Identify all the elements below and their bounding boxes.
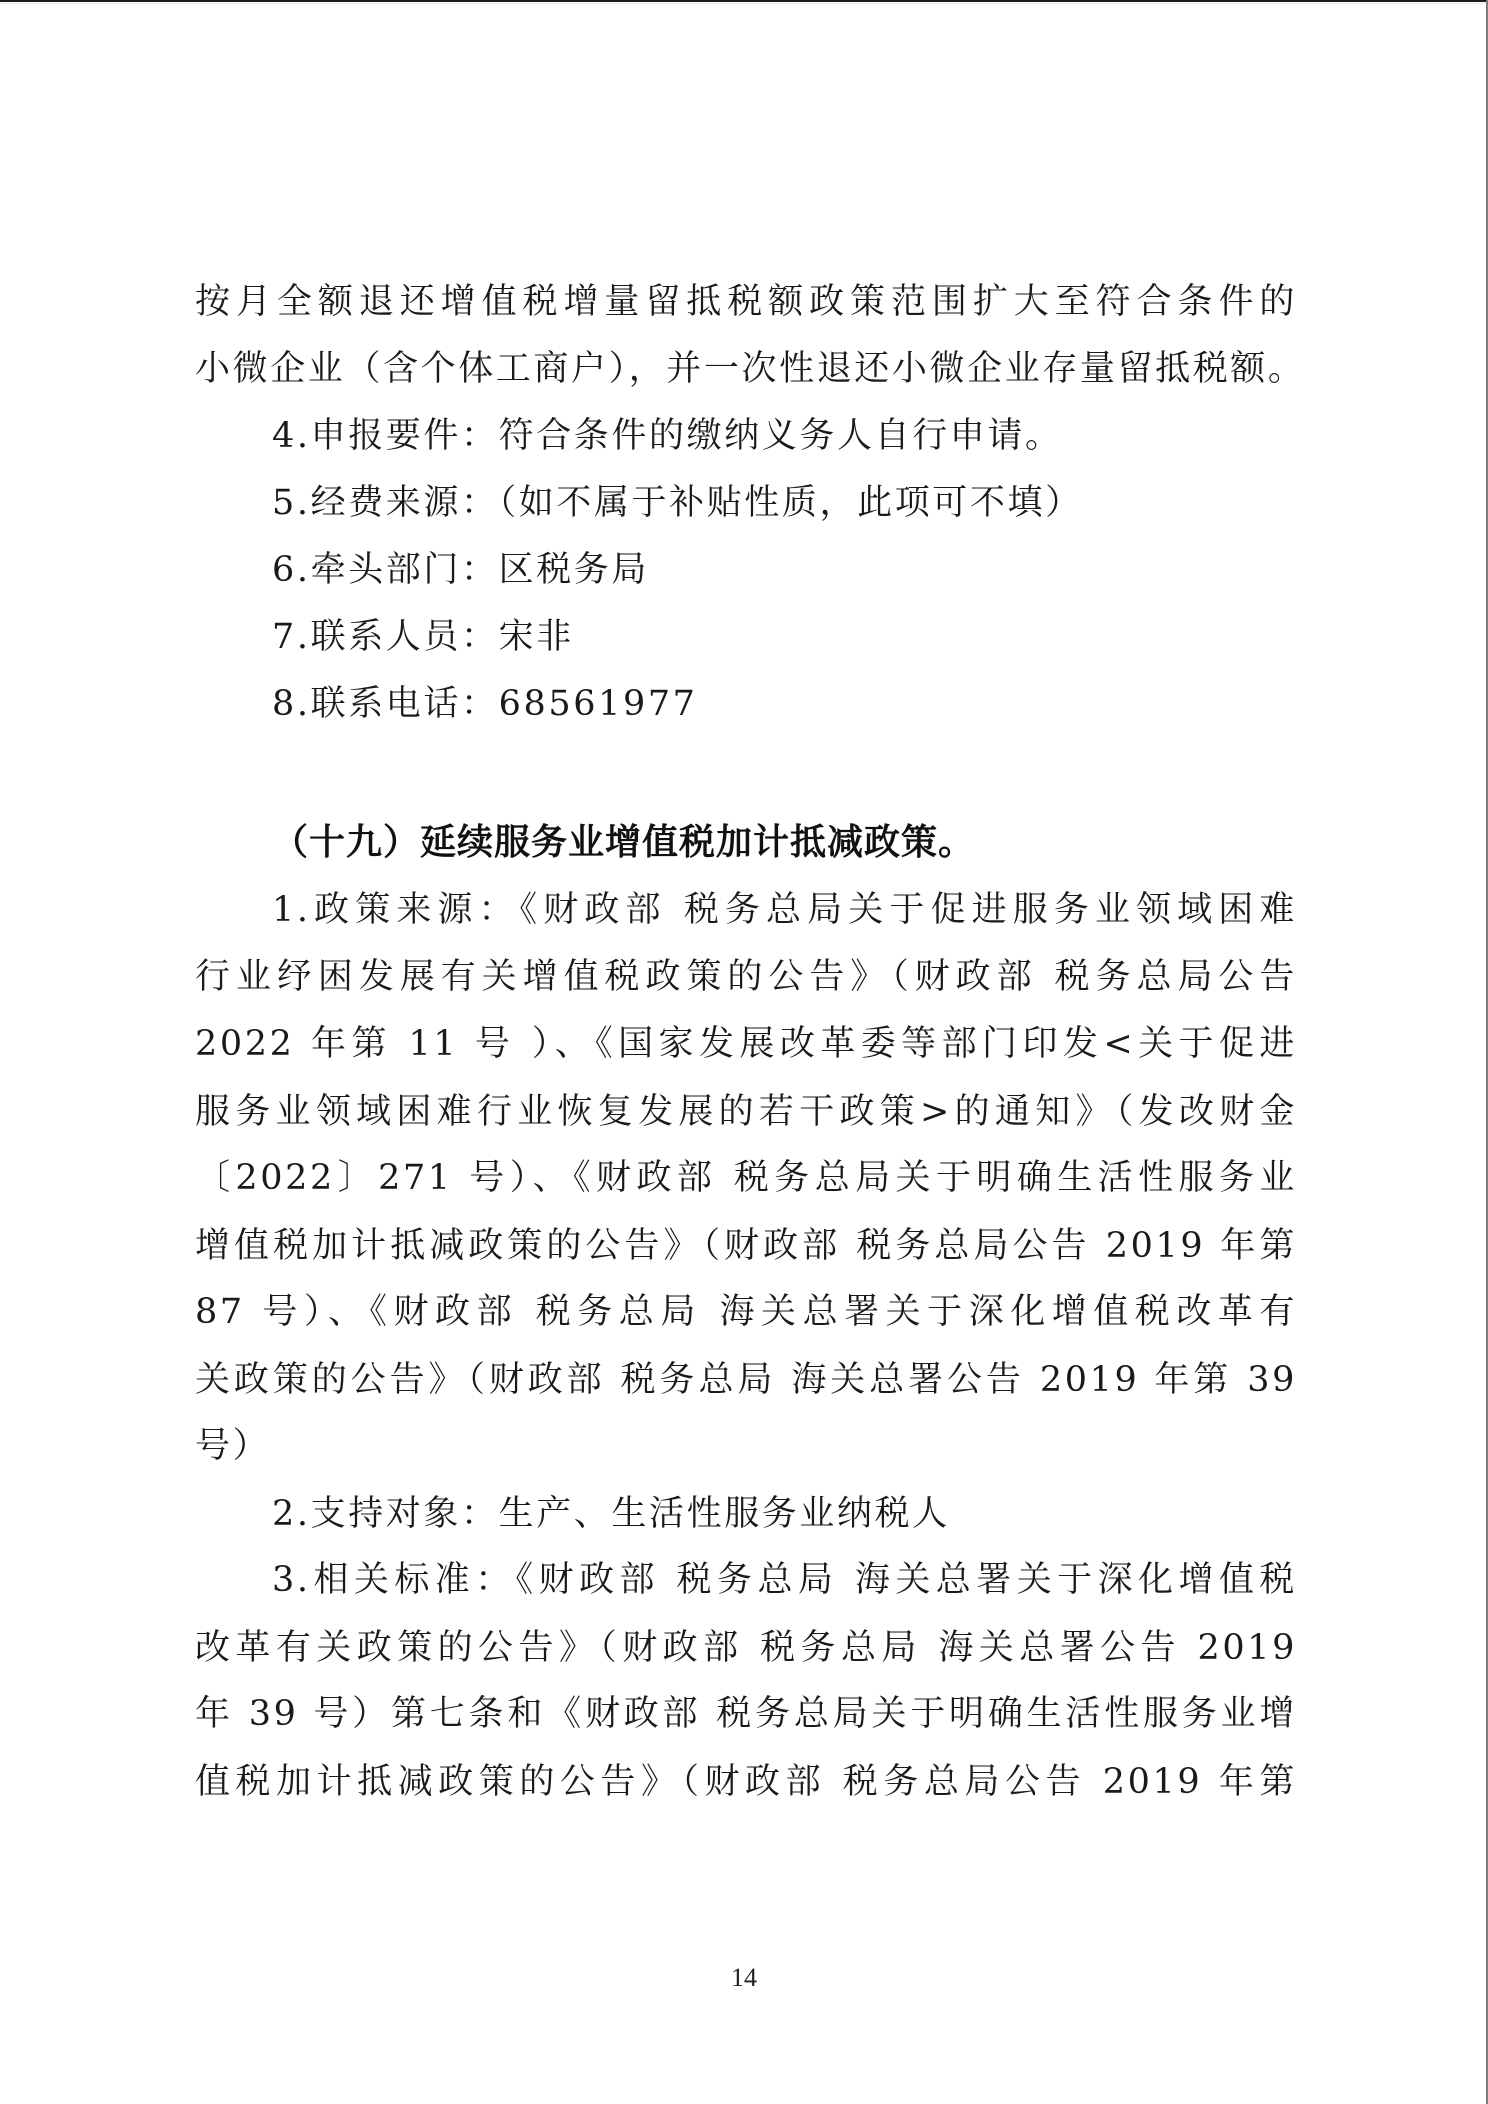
item-label: 8.联系电话： xyxy=(272,684,499,724)
policy-source-line: 1.政策来源：《财政部 税务总局关于促进服务业领域困难 xyxy=(272,888,1297,932)
section-heading: （十九）延续服务业增值税加计抵减政策。 xyxy=(272,820,975,866)
item-value: 符合条件的缴纳义务人自行申请。 xyxy=(499,416,1063,456)
standard-line: 3.相关标准：《财政部 税务总局 海关总署关于深化增值税 xyxy=(272,1558,1297,1602)
policy-source-line: 增值税加计抵减政策的公告》（财政部 税务总局公告 2019 年第 xyxy=(195,1224,1297,1268)
standard-line: 改革有关政策的公告》（财政部 税务总局 海关总署公告 2019 xyxy=(195,1626,1297,1670)
item-label: 4.申报要件： xyxy=(272,416,499,456)
policy-source-line: 关政策的公告》（财政部 税务总局 海关总署公告 2019 年第 39 xyxy=(195,1358,1297,1402)
policy-source-line: 行业纾困发展有关增值税政策的公告》（财政部 税务总局公告 xyxy=(195,955,1297,999)
item-lead-department: 6.牵头部门：区税务局 xyxy=(272,548,1297,592)
policy-source-line: 〔2022〕271 号）、《财政部 税务总局关于明确生活性服务业 xyxy=(195,1156,1297,1200)
item-label: 5.经费来源： xyxy=(272,483,499,523)
standard-line: 值税加计抵减政策的公告》（财政部 税务总局公告 2019 年第 xyxy=(195,1760,1297,1804)
item-value: 68561977 xyxy=(499,684,698,724)
item-value: （如不属于补贴性质，此项可不填） xyxy=(499,483,1083,523)
item-value: 区税务局 xyxy=(499,550,649,590)
item-label: 7.联系人员： xyxy=(272,617,499,657)
standard-line: 年 39 号）第七条和《财政部 税务总局关于明确生活性服务业增 xyxy=(195,1692,1297,1736)
policy-source-line: 87 号）、《财政部 税务总局 海关总署关于深化增值税改革有 xyxy=(195,1290,1297,1334)
policy-source-line: 服务业领域困难行业恢复发展的若干政策>的通知》（发改财金 xyxy=(195,1090,1297,1134)
policy-source-line: 号） xyxy=(195,1424,1297,1468)
item-funding-source: 5.经费来源：（如不属于补贴性质，此项可不填） xyxy=(272,481,1297,525)
policy-source-line: 2022 年第 11 号 ）、《国家发展改革委等部门印发<关于促进 xyxy=(195,1022,1297,1066)
paragraph-line: 按月全额退还增值税增量留抵税额政策范围扩大至符合条件的 xyxy=(195,280,1297,324)
item-contact-person: 7.联系人员：宋非 xyxy=(272,615,1297,659)
document-page: 按月全额退还增值税增量留抵税额政策范围扩大至符合条件的 小微企业（含个体工商户）… xyxy=(0,0,1488,2104)
item-application-requirements: 4.申报要件：符合条件的缴纳义务人自行申请。 xyxy=(272,414,1297,458)
page-number: 14 xyxy=(0,1962,1488,1994)
item-contact-phone: 8.联系电话：68561977 xyxy=(272,682,1297,726)
item-value: 宋非 xyxy=(499,617,574,657)
item-label: 6.牵头部门： xyxy=(272,550,499,590)
support-target: 2.支持对象：生产、生活性服务业纳税人 xyxy=(272,1492,1297,1536)
paragraph-line: 小微企业（含个体工商户），并一次性退还小微企业存量留抵税额。 xyxy=(195,347,1297,391)
